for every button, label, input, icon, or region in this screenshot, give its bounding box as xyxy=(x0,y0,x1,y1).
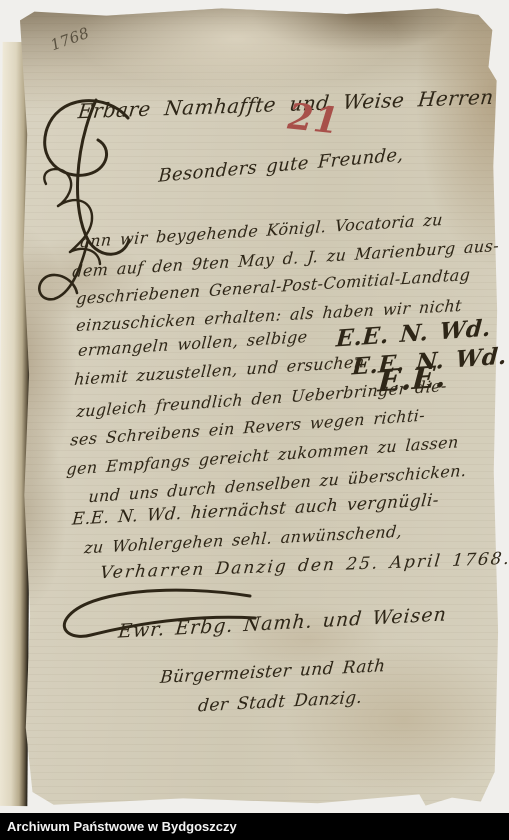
archive-watermark-label: Archiwum Państwowe w Bydgoszczy xyxy=(0,813,509,840)
red-page-number: 21 xyxy=(286,95,341,142)
honorific-abbreviation: E.E. xyxy=(377,359,448,399)
scanned-document-view: 1768 Erbare Namhaffte und Weise Herren 2… xyxy=(0,0,509,840)
archive-watermark-bar: Archiwum Państwowe w Bydgoszczy xyxy=(0,813,509,840)
